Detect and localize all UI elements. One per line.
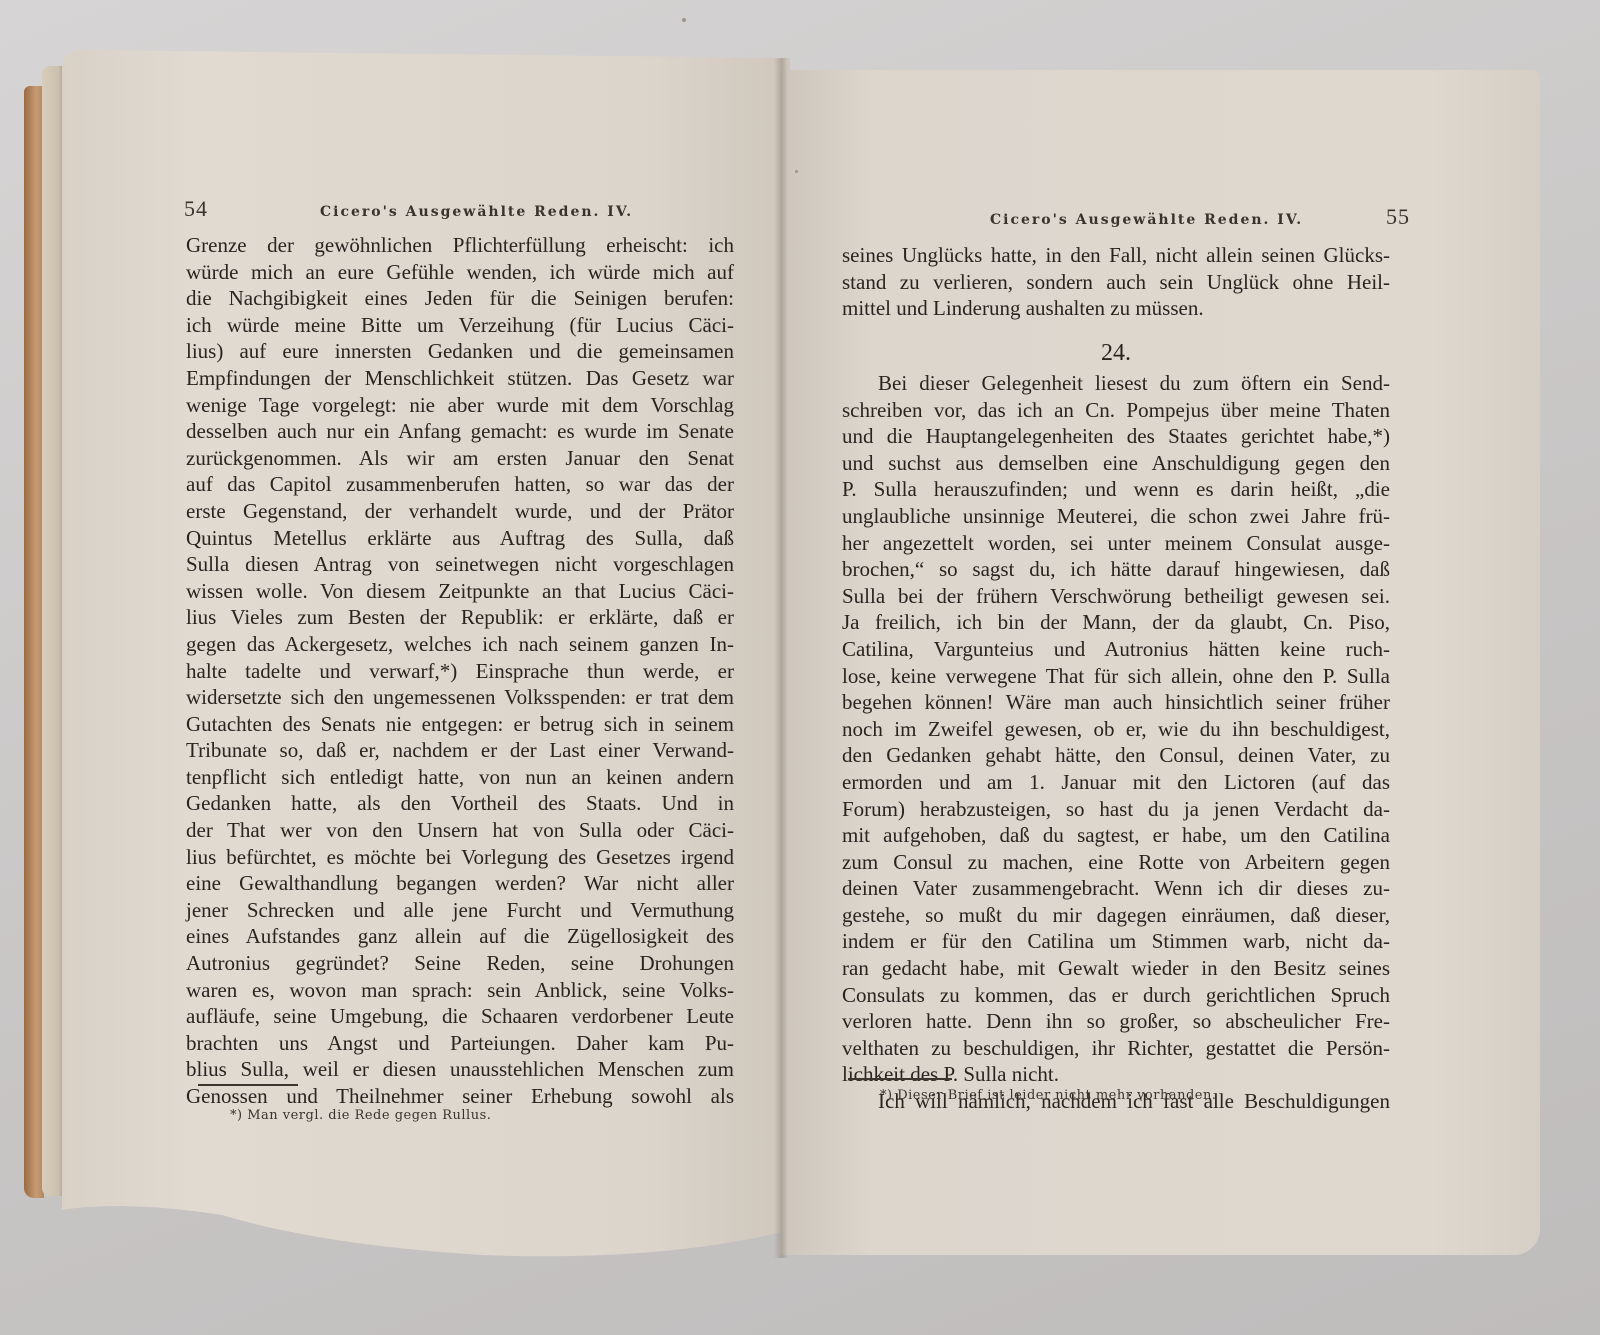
text-line: Gedanken hatte, als den Vortheil des Sta…: [186, 790, 734, 817]
text-line: Empfindungen der Menschlichkeit stützen.…: [186, 365, 734, 392]
text-line: brochen,“ so sagst du, ich hätte darauf …: [842, 556, 1390, 583]
text-line: würde mich an eure Gefühle wenden, ich w…: [186, 259, 734, 286]
text-line: P. Sulla herauszufinden; und wenn es dar…: [842, 476, 1390, 503]
text-line: lius befürchtet, es möchte bei Vorlegung…: [186, 844, 734, 871]
text-line: und die Hauptangelegenheiten des Staates…: [842, 423, 1390, 450]
text-line: lose, keine verwegene That für sich alle…: [842, 663, 1390, 690]
text-line: Quintus Metellus erklärte aus Auftrag de…: [186, 525, 734, 552]
text-line: Catilina, Vargunteius und Autronius hätt…: [842, 636, 1390, 663]
right-page-header: Cicero's Ausgewählte Reden. IV. 55: [990, 204, 1410, 230]
text-line: verloren hatte. Denn ihn so großer, so a…: [842, 1008, 1390, 1035]
text-line: zum Consul zu machen, eine Rotte von Arb…: [842, 849, 1390, 876]
text-line: tenpflicht sich entledigt hatte, von nun…: [186, 764, 734, 791]
text-line: seines Unglücks hatte, in den Fall, nich…: [842, 242, 1390, 269]
text-line: her angezettelt worden, sei unter meinem…: [842, 530, 1390, 557]
text-line: Consulats zu kommen, das er durch gerich…: [842, 982, 1390, 1009]
footnote-rule: [848, 1078, 952, 1080]
text-line: Ja freilich, ich bin der Mann, der da gl…: [842, 609, 1390, 636]
text-line: jener Schrecken und alle jene Furcht und…: [186, 897, 734, 924]
text-line: gestehe, so mußt du mir dagegen einräume…: [842, 902, 1390, 929]
text-line: lichkeit des P. Sulla nicht.: [842, 1061, 1390, 1088]
text-line: Genossen und Theilnehmer seiner Erhebung…: [186, 1083, 734, 1110]
text-line: widersetzte sich den ungemessenen Volkss…: [186, 684, 734, 711]
text-line: desselben auch nur ein Anfang gemacht: e…: [186, 418, 734, 445]
text-line: waren es, wovon man sprach: sein Anblick…: [186, 977, 734, 1004]
text-line: eine Gewalthandlung begangen werden? War…: [186, 870, 734, 897]
text-line: ermorden und am 1. Januar mit den Lictor…: [842, 769, 1390, 796]
text-line: die Nachgibigkeit eines Jeden für die Se…: [186, 285, 734, 312]
text-line: wenige Tage vorgelegt: nie aber wurde mi…: [186, 392, 734, 419]
text-line: Grenze der gewöhnlichen Pflichterfüllung…: [186, 232, 734, 259]
text-line: auf das Capitol zusammenberufen hatten, …: [186, 471, 734, 498]
text-line: Sulla diesen Antrag von seinetwegen nich…: [186, 551, 734, 578]
book-cover-edge: [24, 86, 44, 1198]
text-line: Forum) herabzusteigen, so hast du ja jen…: [842, 796, 1390, 823]
text-line: halte tadelte und verwarf,*) Einsprache …: [186, 658, 734, 685]
footnote-rule: [198, 1084, 298, 1086]
running-header: Cicero's Ausgewählte Reden. IV.: [320, 204, 633, 220]
text-line: begehen können! Wäre man auch hinsichtli…: [842, 689, 1390, 716]
text-line: indem er für den Catilina um Stimmen war…: [842, 928, 1390, 955]
text-line: Sulla bei der frühern Verschwörung bethe…: [842, 583, 1390, 610]
text-line: deinen Vater zusammengebracht. Wenn ich …: [842, 875, 1390, 902]
text-line: unglaubliche unsinnige Meuterei, die sch…: [842, 503, 1390, 530]
footnote: *) Man vergl. die Rede gegen Rullus.: [230, 1108, 491, 1123]
text-line: blius Sulla, weil er diesen unausstehlic…: [186, 1056, 734, 1083]
text-line: mit aufgehoben, daß du sagtest, er habe,…: [842, 822, 1390, 849]
text-line: aufläufe, seine Umgebung, die Schaaren v…: [186, 1003, 734, 1030]
left-page-header: 54 Cicero's Ausgewählte Reden. IV.: [184, 196, 744, 222]
text-line: lius Vieles zum Besten der Republik: er …: [186, 604, 734, 631]
text-line: Bei dieser Gelegenheit liesest du zum öf…: [842, 370, 1390, 397]
right-page-continuation: seines Unglücks hatte, in den Fall, nich…: [842, 242, 1390, 322]
running-header: Cicero's Ausgewählte Reden. IV.: [990, 212, 1303, 228]
text-line: der That wer von den Unsern hat von Sull…: [186, 817, 734, 844]
left-page-body: Grenze der gewöhnlichen Pflichterfüllung…: [186, 232, 734, 1110]
text-line: Autronius gegründet? Seine Reden, seine …: [186, 950, 734, 977]
text-line: den Gedanken gehabt hätte, den Consul, d…: [842, 742, 1390, 769]
text-line: zurückgenommen. Als wir am ersten Januar…: [186, 445, 734, 472]
text-line: ich würde meine Bitte um Verzeihung (für…: [186, 312, 734, 339]
footnote: *) Dieser Brief ist leider nicht mehr vo…: [880, 1088, 1217, 1103]
text-line: noch im Zweifel gewesen, ob er, wie du i…: [842, 716, 1390, 743]
text-line: lius) auf eure innersten Gedanken und di…: [186, 338, 734, 365]
text-line: wissen wolle. Von diesem Zeitpunkte an t…: [186, 578, 734, 605]
page-number: 54: [184, 196, 208, 222]
text-line: mittel und Linderung aushalten zu müssen…: [842, 295, 1390, 322]
text-line: ran gedacht habe, mit Gewalt wieder in d…: [842, 955, 1390, 982]
text-line: und suchst aus demselben eine Anschuldig…: [842, 450, 1390, 477]
text-line: stand zu verlieren, sondern auch sein Un…: [842, 269, 1390, 296]
text-line: Tribunate so, daß er, nachdem er der Las…: [186, 737, 734, 764]
dust-speck: [795, 170, 798, 173]
dust-speck: [682, 18, 686, 22]
text-line: brachten uns Angst und Parteiungen. Dahe…: [186, 1030, 734, 1057]
text-line: Gutachten des Senats nie entgegen: er be…: [186, 711, 734, 738]
text-line: schreiben vor, das ich an Cn. Pompejus ü…: [842, 397, 1390, 424]
text-line: erste Gegenstand, der verhandelt wurde, …: [186, 498, 734, 525]
right-page-body: Bei dieser Gelegenheit liesest du zum öf…: [842, 370, 1390, 1115]
section-number: 24.: [842, 340, 1390, 367]
text-line: velthaten zu beschuldigen, ihr Richter, …: [842, 1035, 1390, 1062]
text-line: eines Aufstandes ganz allein auf die Züg…: [186, 923, 734, 950]
book-gutter: [774, 58, 788, 1258]
text-line: gegen das Ackergesetz, welches ich nach …: [186, 631, 734, 658]
page-number: 55: [1386, 204, 1410, 230]
